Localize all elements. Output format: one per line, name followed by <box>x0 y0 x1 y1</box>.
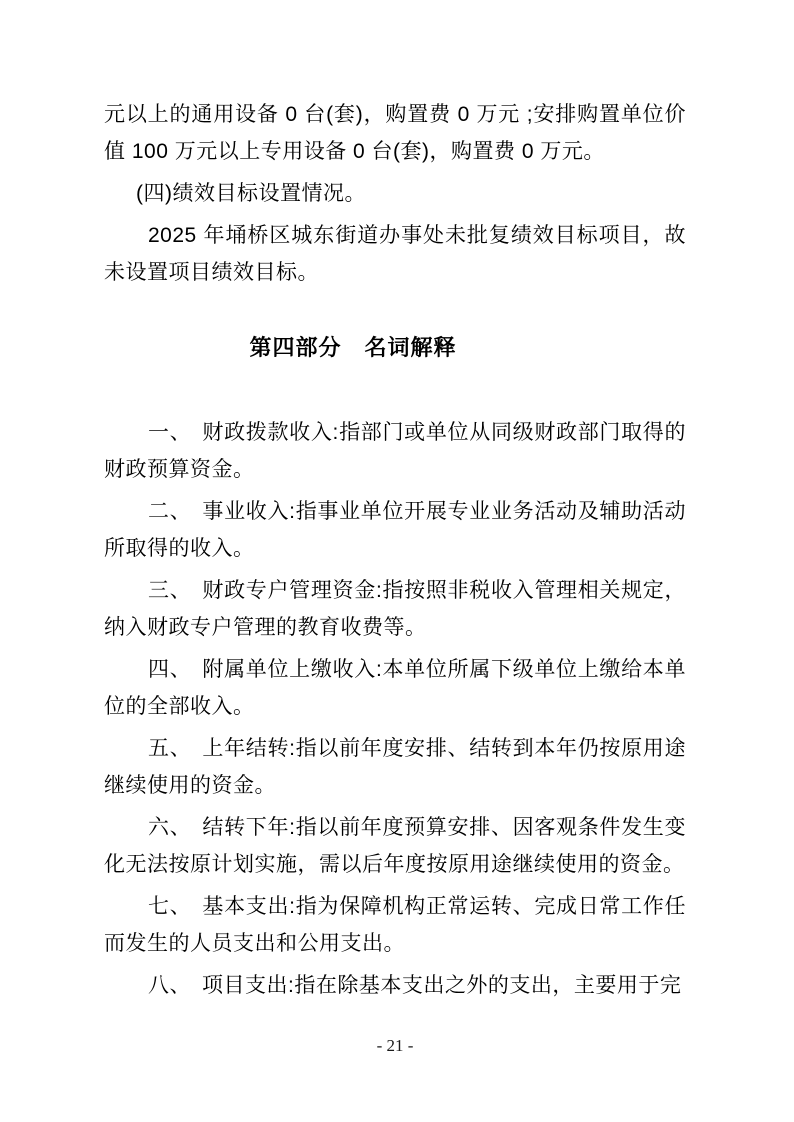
definition-number: 二、 <box>148 500 191 523</box>
definition-text: 事业收入:指事业单位开展专业业务活动及辅助活动所取得的收入。 <box>104 500 686 560</box>
definition-item: 二、事业收入:指事业单位开展专业业务活动及辅助活动所取得的收入。 <box>104 493 686 567</box>
paragraph-equipment-purchase: 元以上的通用设备 0 台(套)，购置费 0 万元 ;安排购置单位价值 100 万… <box>104 96 686 170</box>
definition-number: 三、 <box>148 579 191 602</box>
definition-item: 七、基本支出:指为保障机构正常运转、完成日常工作任而发生的人员支出和公用支出。 <box>104 888 686 962</box>
document-page: 元以上的通用设备 0 台(套)，购置费 0 万元 ;安排购置单位价值 100 万… <box>0 0 794 1122</box>
definition-text: 附属单位上缴收入:本单位所属下级单位上缴给本单位的全部收入。 <box>104 658 686 718</box>
definition-item: 六、结转下年:指以前年度预算安排、因客观条件发生变化无法按原计划实施，需以后年度… <box>104 809 686 883</box>
page-number: - 21 - <box>104 1036 686 1056</box>
definition-text: 项目支出:指在除基本支出之外的支出，主要用于完 <box>202 974 681 997</box>
document-content: 元以上的通用设备 0 台(套)，购置费 0 万元 ;安排购置单位价值 100 万… <box>104 96 686 1009</box>
definition-item: 一、财政拨款收入:指部门或单位从同级财政部门取得的财政预算资金。 <box>104 414 686 488</box>
definition-text: 基本支出:指为保障机构正常运转、完成日常工作任而发生的人员支出和公用支出。 <box>104 895 686 955</box>
definition-text: 财政专户管理资金:指按照非税收入管理相关规定，纳入财政专户管理的教育收费等。 <box>104 579 686 639</box>
definition-text: 结转下年:指以前年度预算安排、因客观条件发生变化无法按原计划实施，需以后年度按原… <box>104 816 686 876</box>
definition-item: 八、项目支出:指在除基本支出之外的支出，主要用于完 <box>104 967 686 1004</box>
section-heading: 第四部分 名词解释 <box>104 329 602 366</box>
definition-number: 五、 <box>148 737 191 760</box>
definition-number: 四、 <box>148 658 191 681</box>
definition-item: 五、上年结转:指以前年度安排、结转到本年仍按原用途继续使用的资金。 <box>104 730 686 804</box>
definition-text: 财政拨款收入:指部门或单位从同级财政部门取得的财政预算资金。 <box>104 421 686 481</box>
definition-number: 一、 <box>148 421 191 444</box>
definition-number: 六、 <box>148 816 191 839</box>
paragraph-performance-target-note: 2025 年埇桥区城东街道办事处未批复绩效目标项目，故未设置项目绩效目标。 <box>104 217 686 291</box>
definition-number: 八、 <box>148 974 191 997</box>
paragraph-performance-target-heading: (四)绩效目标设置情况。 <box>104 175 686 212</box>
definition-item: 四、附属单位上缴收入:本单位所属下级单位上缴给本单位的全部收入。 <box>104 651 686 725</box>
definition-item: 三、财政专户管理资金:指按照非税收入管理相关规定，纳入财政专户管理的教育收费等。 <box>104 572 686 646</box>
definition-text: 上年结转:指以前年度安排、结转到本年仍按原用途继续使用的资金。 <box>104 737 686 797</box>
definition-number: 七、 <box>148 895 191 918</box>
